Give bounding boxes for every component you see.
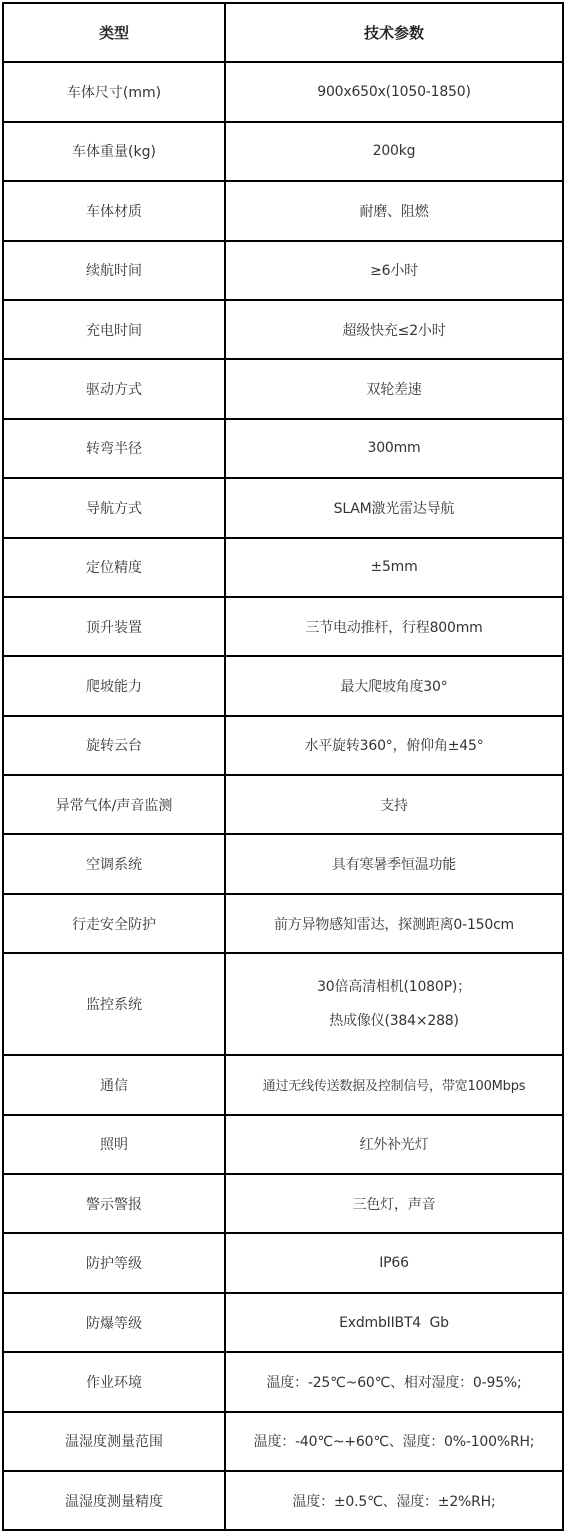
row-type: 转弯半径 [3, 419, 225, 478]
row-type: 旋转云台 [3, 716, 225, 775]
row-value: 200kg [225, 122, 563, 181]
row-value: ≥6小时 [225, 241, 563, 300]
table-row: 驱动方式 双轮差速 [3, 359, 563, 418]
table-row: 空调系统 具有寒暑季恒温功能 [3, 834, 563, 893]
row-type: 通信 [3, 1055, 225, 1114]
table-row: 异常气体/声音监测 支持 [3, 775, 563, 834]
table-row: 温湿度测量范围 温度：-40℃~+60℃、湿度：0%-100%RH; [3, 1412, 563, 1471]
row-type: 防护等级 [3, 1233, 225, 1292]
row-type: 车体材质 [3, 181, 225, 240]
row-type: 空调系统 [3, 834, 225, 893]
row-value: ±5mm [225, 538, 563, 597]
row-value: 具有寒暑季恒温功能 [225, 834, 563, 893]
row-type: 续航时间 [3, 241, 225, 300]
table-row: 温湿度测量精度 温度：±0.5℃、湿度：±2%RH; [3, 1471, 563, 1530]
row-value: IP66 [225, 1233, 563, 1292]
table-row: 充电时间 超级快充≤2小时 [3, 300, 563, 359]
table-row: 作业环境 温度：-25℃~60℃、相对湿度：0-95%; [3, 1352, 563, 1411]
row-type: 照明 [3, 1115, 225, 1174]
row-value: 支持 [225, 775, 563, 834]
table-row: 转弯半径 300mm [3, 419, 563, 478]
table-row: 顶升装置 三节电动推杆，行程800mm [3, 597, 563, 656]
row-value: 水平旋转360°，俯仰角±45° [225, 716, 563, 775]
row-type: 警示警报 [3, 1174, 225, 1233]
table-header-row: 类型 技术参数 [3, 3, 563, 62]
table-row: 照明 红外补光灯 [3, 1115, 563, 1174]
row-value: 三节电动推杆，行程800mm [225, 597, 563, 656]
table-row: 续航时间 ≥6小时 [3, 241, 563, 300]
table-row: 车体材质 耐磨、阻燃 [3, 181, 563, 240]
header-type: 类型 [3, 3, 225, 62]
table-row: 定位精度 ±5mm [3, 538, 563, 597]
row-value: ExdmbIIBT4 Gb [225, 1293, 563, 1352]
row-type: 温湿度测量范围 [3, 1412, 225, 1471]
table-row: 车体重量(kg) 200kg [3, 122, 563, 181]
row-value: 300mm [225, 419, 563, 478]
table-row: 车体尺寸(mm) 900x650x(1050-1850) [3, 62, 563, 121]
table-row: 行走安全防护 前方异物感知雷达，探测距离0-150cm [3, 894, 563, 953]
row-value: SLAM激光雷达导航 [225, 478, 563, 537]
table-row: 防爆等级 ExdmbIIBT4 Gb [3, 1293, 563, 1352]
row-type: 充电时间 [3, 300, 225, 359]
row-type: 导航方式 [3, 478, 225, 537]
row-type: 作业环境 [3, 1352, 225, 1411]
header-spec: 技术参数 [225, 3, 563, 62]
row-value: 超级快充≤2小时 [225, 300, 563, 359]
row-value: 三色灯，声音 [225, 1174, 563, 1233]
row-type: 防爆等级 [3, 1293, 225, 1352]
row-type: 温湿度测量精度 [3, 1471, 225, 1530]
row-type: 车体重量(kg) [3, 122, 225, 181]
row-value-line: 30倍高清相机(1080P)； [230, 970, 558, 1004]
row-type: 驱动方式 [3, 359, 225, 418]
row-value: 温度：-25℃~60℃、相对湿度：0-95%; [225, 1352, 563, 1411]
table-row: 警示警报 三色灯，声音 [3, 1174, 563, 1233]
row-value: 前方异物感知雷达，探测距离0-150cm [225, 894, 563, 953]
table-row: 防护等级 IP66 [3, 1233, 563, 1292]
row-value: 双轮差速 [225, 359, 563, 418]
row-value: 最大爬坡角度30° [225, 656, 563, 715]
row-type: 异常气体/声音监测 [3, 775, 225, 834]
table-row: 导航方式 SLAM激光雷达导航 [3, 478, 563, 537]
table-row: 旋转云台 水平旋转360°，俯仰角±45° [3, 716, 563, 775]
spec-table: 类型 技术参数 车体尺寸(mm) 900x650x(1050-1850) 车体重… [2, 2, 564, 1531]
table-row: 爬坡能力 最大爬坡角度30° [3, 656, 563, 715]
row-type: 顶升装置 [3, 597, 225, 656]
row-value: 温度：-40℃~+60℃、湿度：0%-100%RH; [225, 1412, 563, 1471]
row-value: 温度：±0.5℃、湿度：±2%RH; [225, 1471, 563, 1530]
row-value-line: 热成像仪(384×288) [230, 1004, 558, 1038]
row-type: 车体尺寸(mm) [3, 62, 225, 121]
row-type: 行走安全防护 [3, 894, 225, 953]
row-type: 爬坡能力 [3, 656, 225, 715]
row-type: 监控系统 [3, 953, 225, 1055]
table-row: 监控系统 30倍高清相机(1080P)； 热成像仪(384×288) [3, 953, 563, 1055]
row-type: 定位精度 [3, 538, 225, 597]
row-value: 30倍高清相机(1080P)； 热成像仪(384×288) [225, 953, 563, 1055]
row-value: 红外补光灯 [225, 1115, 563, 1174]
row-value: 耐磨、阻燃 [225, 181, 563, 240]
row-value: 通过无线传送数据及控制信号，带宽100Mbps [225, 1055, 563, 1114]
row-value: 900x650x(1050-1850) [225, 62, 563, 121]
table-row: 通信 通过无线传送数据及控制信号，带宽100Mbps [3, 1055, 563, 1114]
